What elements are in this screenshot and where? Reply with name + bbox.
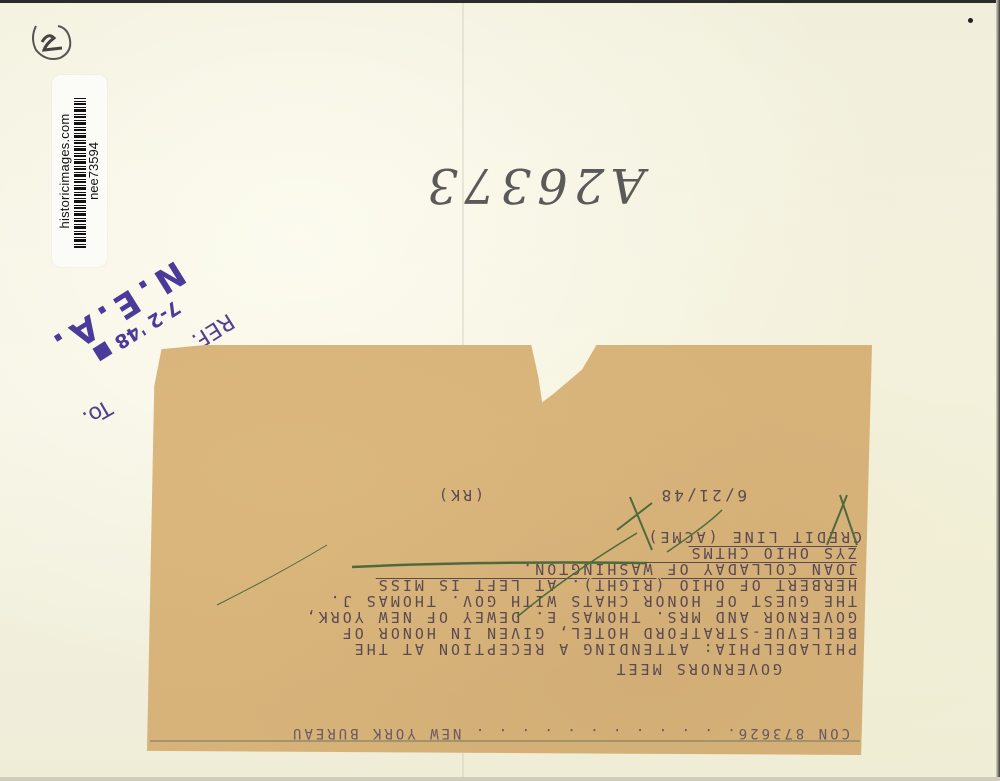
credit-line: CREDIT LINE (ACME) — [645, 529, 862, 545]
scan-top-edge — [0, 0, 1000, 3]
caption-heading: GOVERNORS MEET — [614, 661, 782, 677]
circled-mark-icon — [28, 20, 76, 64]
handwritten-number: A26373 — [445, 155, 645, 215]
caption-line: PHILADELPHIA: ATTENDING A RECEPTION AT T… — [352, 641, 857, 657]
caption-slip: CON 873626. . . . . . . . . . . . NEW YO… — [147, 345, 872, 755]
caption-initials: (RK) — [436, 487, 484, 503]
slip-fold-line — [150, 740, 860, 742]
caption-line: ZYS OHIO CHTMS — [689, 545, 857, 561]
label-site: historicimages.com — [57, 86, 72, 256]
caption-line: THE GUEST OF HONOR CHATS WITH GOV. THOMA… — [328, 593, 857, 609]
caption-line: JOAN COLLADAY OF WASHINGTON. — [520, 561, 857, 577]
caption-line: HERBERT OF OHIO (RIGHT). AT LEFT IS MISS — [376, 577, 857, 593]
bureau-line: CON 873626. . . . . . . . . . . . NEW YO… — [290, 725, 850, 741]
caption-date: 6/21/48 — [659, 487, 747, 503]
label-item-id: nee73594 — [86, 86, 101, 256]
scan-right-edge — [996, 0, 1000, 781]
caption-line: GOVERNOR AND MRS. THOMAS E. DEWEY OF NEW… — [304, 609, 857, 625]
barcode-icon — [74, 98, 86, 248]
scan-bottom-edge — [0, 777, 1000, 781]
barcode-label: historicimages.com nee73594 — [52, 75, 107, 267]
pin-hole — [968, 18, 973, 23]
caption-line: BELLEVUE-STRATFORD HOTEL, GIVEN IN HONOR… — [340, 625, 857, 641]
